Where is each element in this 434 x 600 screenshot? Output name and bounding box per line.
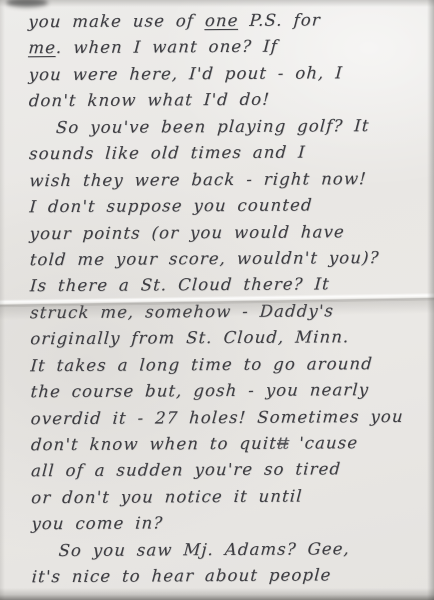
handwritten-line: sounds like old times and I: [28, 139, 426, 168]
handwritten-line: I don't suppose you counted: [29, 192, 427, 221]
handwritten-line: originally from St. Cloud, Minn.: [29, 324, 427, 353]
scribbled-out-word: tt: [276, 434, 288, 453]
handwritten-text: So you've been playing golf? It: [55, 116, 370, 137]
handwritten-line: the course but, gosh - you nearly: [30, 377, 428, 406]
handwritten-line: all of a sudden you're so tired: [30, 456, 428, 485]
handwritten-text: you make use of: [28, 11, 206, 31]
handwritten-text: overdid it - 27 holes! Sometimes you: [30, 406, 404, 427]
handwritten-text: . when I want one? If: [56, 37, 279, 57]
handwritten-line: or don't you notice it until: [30, 483, 428, 512]
handwritten-text: told me your score, wouldn't you)?: [29, 248, 380, 269]
underlined-word: me: [28, 38, 57, 57]
handwritten-line: It takes a long time to go around: [30, 350, 428, 379]
handwritten-line: overdid it - 27 holes! Sometimes you: [30, 403, 428, 432]
handwritten-text: It takes a long time to go around: [30, 354, 374, 375]
handwritten-text: you were here, I'd pout - oh, I: [28, 63, 344, 84]
scan-edge-left: [0, 0, 5, 600]
handwritten-text: don't know what I'd do!: [28, 90, 270, 110]
underlined-word: one: [204, 11, 239, 30]
handwritten-text: you come in?: [31, 514, 164, 534]
handwritten-line: your points (or you would have: [29, 218, 427, 247]
handwritten-line: Is there a St. Cloud there? It: [29, 271, 427, 300]
letter-page: you make use of one P.S. forme. when I w…: [0, 0, 434, 600]
handwritten-line: you come in?: [31, 509, 429, 538]
handwritten-text: it's nice to hear about people: [31, 566, 332, 587]
handwritten-line: So you saw Mj. Adams? Gee,: [31, 536, 429, 565]
handwritten-line: So you've been playing golf? It: [28, 113, 426, 142]
handwritten-line: told me your score, wouldn't you)?: [29, 245, 427, 274]
handwritten-text: your points (or you would have: [29, 222, 345, 243]
handwritten-text: P.S. for: [238, 10, 322, 30]
handwritten-line: don't know when to quittt 'cause: [30, 430, 428, 459]
handwritten-line: you were here, I'd pout - oh, I: [28, 60, 426, 89]
handwritten-text: Is there a St. Cloud there? It: [29, 275, 330, 296]
handwritten-text: the course but, gosh - you nearly: [30, 380, 370, 401]
handwritten-text: struck me, somehow - Daddy's: [30, 301, 335, 322]
handwritten-line: wish they were back - right now!: [28, 165, 426, 194]
handwritten-text: 'cause: [288, 433, 359, 452]
handwritten-line: it's nice to hear about people: [31, 562, 429, 591]
handwritten-text: So you saw Mj. Adams? Gee,: [58, 539, 351, 560]
handwritten-text: don't know when to quit: [30, 434, 277, 455]
handwritten-line: struck me, somehow - Daddy's: [29, 298, 427, 327]
handwritten-text: I don't suppose you counted: [29, 196, 313, 217]
letter-lines: you make use of one P.S. forme. when I w…: [28, 7, 428, 591]
handwritten-line: me. when I want one? If: [28, 33, 426, 62]
scan-edge-top: [0, 0, 434, 7]
handwritten-text: or don't you notice it until: [31, 486, 304, 507]
handwritten-line: don't know what I'd do!: [28, 86, 426, 115]
handwritten-text: wish they were back - right now!: [29, 169, 368, 190]
handwritten-text: sounds like old times and I: [29, 143, 307, 164]
handwritten-text: originally from St. Cloud, Minn.: [30, 328, 350, 349]
scan-smudge-top-left: [6, 0, 48, 7]
handwritten-line: you make use of one P.S. for: [27, 7, 425, 36]
handwritten-text: all of a sudden you're so tired: [30, 460, 341, 481]
